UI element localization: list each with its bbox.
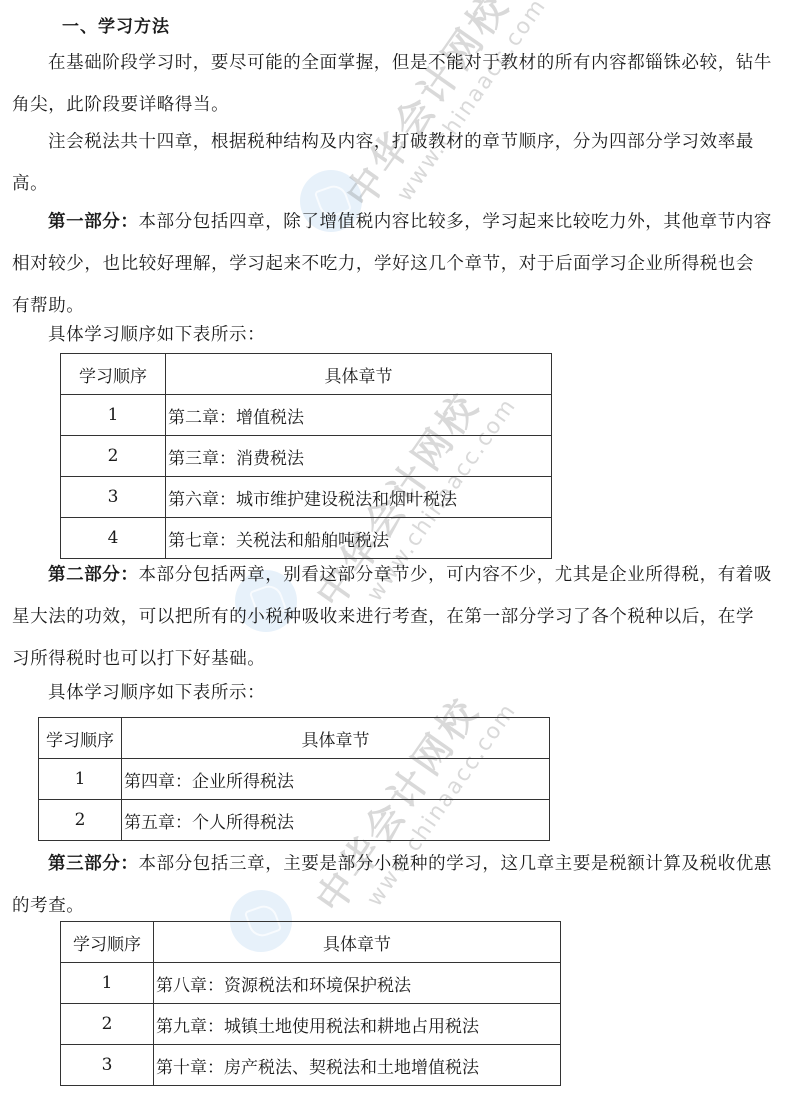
part-3-paragraph: 第三部分：本部分包括三章，主要是部分小税种的学习，这几章主要是税额计算及税收优惠…	[12, 843, 772, 927]
header-chapter: 具体章节	[154, 922, 561, 963]
row-chapter: 第七章：关税法和船舶吨税法	[166, 518, 552, 559]
intro-paragraph-1: 在基础阶段学习时，要尽可能的全面掌握，但是不能对于教材的所有内容都锱铢必较，钻牛…	[12, 42, 772, 126]
row-order: 3	[61, 477, 166, 518]
row-chapter: 第三章：消费税法	[166, 436, 552, 477]
part-1-table: 学习顺序 具体章节 1 第二章：增值税法 2 第三章：消费税法 3 第六章：城市…	[60, 353, 552, 559]
header-order: 学习顺序	[39, 718, 122, 759]
section-heading: 一、学习方法	[62, 12, 170, 37]
header-order: 学习顺序	[61, 922, 154, 963]
row-order: 1	[61, 963, 154, 1004]
part-1-label: 第一部分：	[48, 212, 139, 232]
row-order: 2	[39, 800, 122, 841]
table-row: 1 第八章：资源税法和环境保护税法	[61, 963, 561, 1004]
table-row: 2 第九章：城镇土地使用税法和耕地占用税法	[61, 1004, 561, 1045]
row-order: 3	[61, 1045, 154, 1086]
table-row: 4 第七章：关税法和船舶吨税法	[61, 518, 552, 559]
row-order: 1	[61, 395, 166, 436]
part-3-label: 第三部分：	[48, 854, 139, 874]
row-chapter: 第五章：个人所得税法	[122, 800, 550, 841]
document-page: 中华会计网校 www.chinaacc.com 中华会计网校 www.china…	[0, 0, 800, 1105]
table-row: 2 第五章：个人所得税法	[39, 800, 550, 841]
part-2-paragraph: 第二部分：本部分包括两章，别看这部分章节少，可内容不少，尤其是企业所得税，有着吸…	[12, 554, 772, 680]
part-2-table-intro: 具体学习顺序如下表所示：	[12, 672, 772, 714]
part-1-paragraph: 第一部分：本部分包括四章，除了增值税内容比较多，学习起来比较吃力外，其他章节内容…	[12, 201, 772, 327]
row-order: 4	[61, 518, 166, 559]
table-header-row: 学习顺序 具体章节	[39, 718, 550, 759]
row-order: 1	[39, 759, 122, 800]
row-chapter: 第二章：增值税法	[166, 395, 552, 436]
row-order: 2	[61, 436, 166, 477]
table-header-row: 学习顺序 具体章节	[61, 922, 561, 963]
table-header-row: 学习顺序 具体章节	[61, 354, 552, 395]
row-order: 2	[61, 1004, 154, 1045]
table-row: 2 第三章：消费税法	[61, 436, 552, 477]
table-row: 1 第二章：增值税法	[61, 395, 552, 436]
table-row: 1 第四章：企业所得税法	[39, 759, 550, 800]
header-order: 学习顺序	[61, 354, 166, 395]
row-chapter: 第十章：房产税法、契税法和土地增值税法	[154, 1045, 561, 1086]
row-chapter: 第八章：资源税法和环境保护税法	[154, 963, 561, 1004]
intro-paragraph-2: 注会税法共十四章，根据税种结构及内容，打破教材的章节顺序，分为四部分学习效率最高…	[12, 121, 772, 205]
header-chapter: 具体章节	[166, 354, 552, 395]
table-row: 3 第六章：城市维护建设税法和烟叶税法	[61, 477, 552, 518]
table-row: 3 第十章：房产税法、契税法和土地增值税法	[61, 1045, 561, 1086]
row-chapter: 第六章：城市维护建设税法和烟叶税法	[166, 477, 552, 518]
part-2-table: 学习顺序 具体章节 1 第四章：企业所得税法 2 第五章：个人所得税法	[38, 717, 550, 841]
part-1-table-intro: 具体学习顺序如下表所示：	[12, 314, 772, 356]
header-chapter: 具体章节	[122, 718, 550, 759]
row-chapter: 第四章：企业所得税法	[122, 759, 550, 800]
row-chapter: 第九章：城镇土地使用税法和耕地占用税法	[154, 1004, 561, 1045]
part-3-table: 学习顺序 具体章节 1 第八章：资源税法和环境保护税法 2 第九章：城镇土地使用…	[60, 921, 561, 1086]
part-2-label: 第二部分：	[48, 565, 139, 585]
